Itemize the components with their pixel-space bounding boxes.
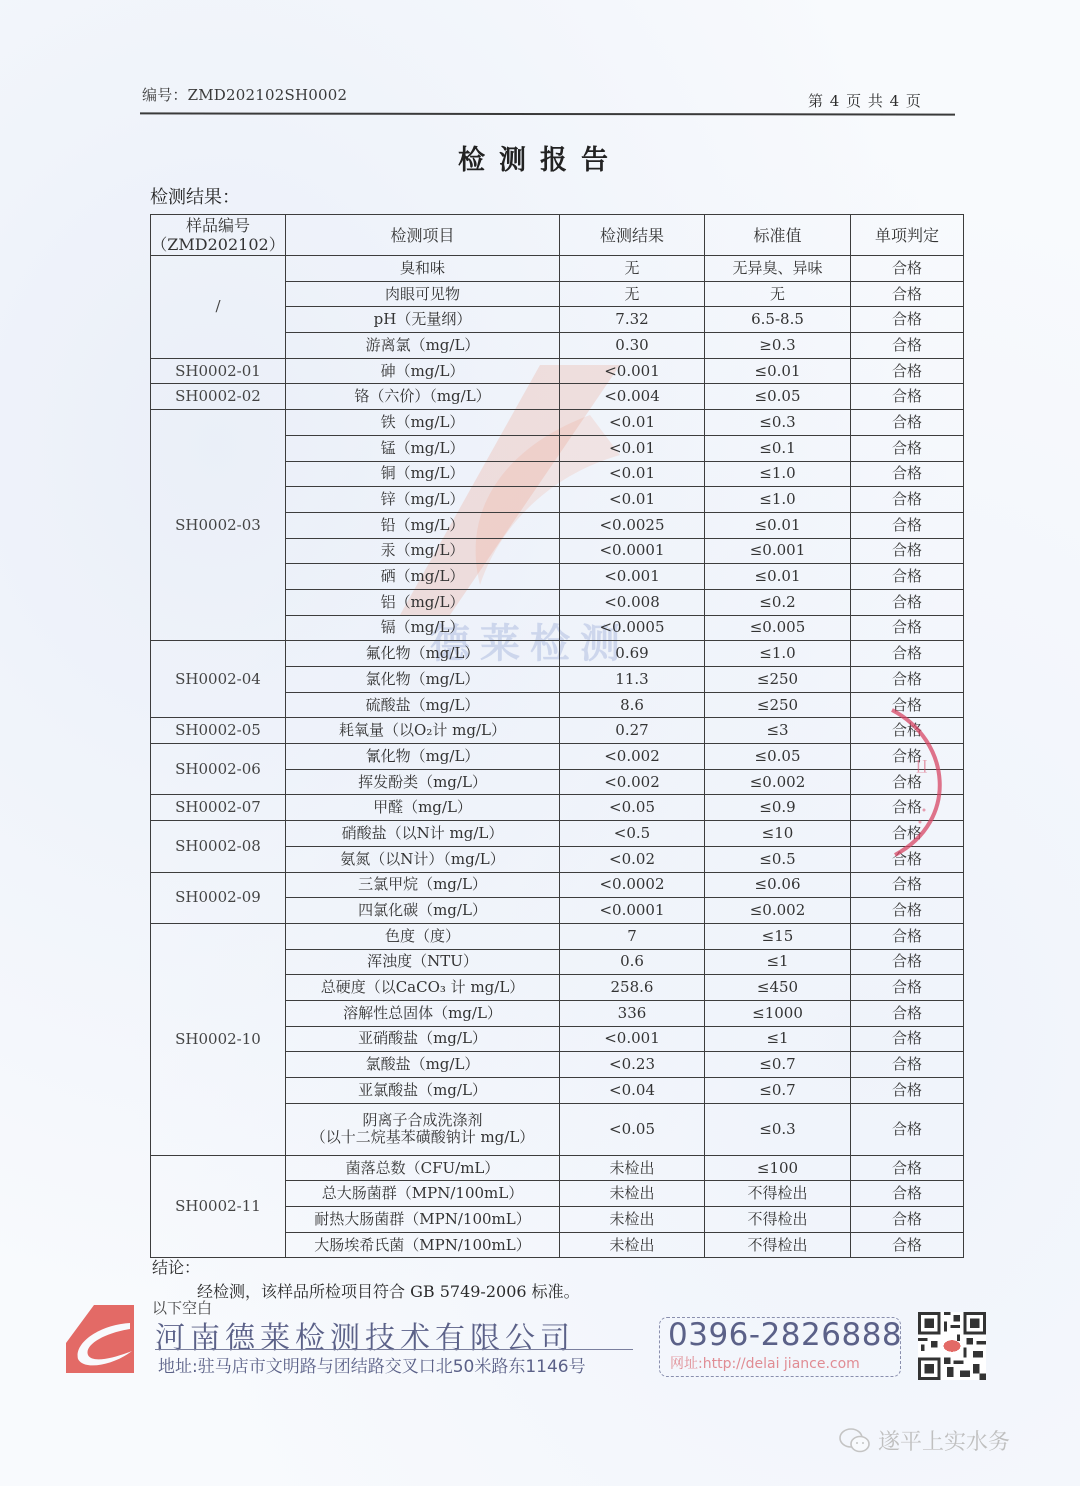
cell-standard: ≤1 xyxy=(705,949,851,975)
cell-sample-id: SH0002-01 xyxy=(151,358,286,384)
conclusion-text: 经检测，该样品所检项目符合 GB 5749-2006 标准。 xyxy=(197,1279,580,1302)
cell-item: 游离氯（mg/L） xyxy=(286,333,560,359)
cell-standard: ≤0.06 xyxy=(705,872,851,898)
cell-standard: ≥0.3 xyxy=(705,333,851,359)
qr-code-icon[interactable] xyxy=(918,1312,986,1380)
cell-result: <0.004 xyxy=(560,384,705,410)
table-row: SH0002-03铁（mg/L）<0.01≤0.3合格 xyxy=(151,410,964,436)
cell-item-line: 阴离子合成洗涤剂 xyxy=(286,1112,559,1129)
cell-result: <0.002 xyxy=(560,744,705,770)
cell-item: 色度（度） xyxy=(286,923,560,949)
cell-verdict: 合格 xyxy=(851,898,964,924)
cell-item: 四氯化碳（mg/L） xyxy=(286,898,560,924)
cell-result: 未检出 xyxy=(560,1207,705,1233)
cell-item: 耗氧量（以O₂计 mg/L） xyxy=(286,718,560,744)
cell-item: 硫酸盐（mg/L） xyxy=(286,692,560,718)
cell-item: 镉（mg/L） xyxy=(286,615,560,641)
table-row: SH0002-06氰化物（mg/L）<0.002≤0.05合格 xyxy=(151,744,964,770)
cell-result: 未检出 xyxy=(560,1181,705,1207)
cell-result: 0.69 xyxy=(560,641,705,667)
company-address: 地址:驻马店市文明路与团结路交叉口北50米路东1146号 xyxy=(158,1352,586,1377)
cell-result: <0.23 xyxy=(560,1052,705,1078)
column-header-verdict: 单项判定 xyxy=(851,215,964,256)
cell-item: 锌（mg/L） xyxy=(286,487,560,513)
cell-sample-id: / xyxy=(151,256,286,359)
cell-verdict: 合格 xyxy=(851,1207,964,1233)
cell-item: 臭和味 xyxy=(286,256,560,282)
cell-verdict: 合格 xyxy=(851,1181,964,1207)
cell-item: pH（无量纲） xyxy=(286,307,560,333)
results-label: 检测结果： xyxy=(150,183,240,209)
cell-item: 挥发酚类（mg/L） xyxy=(286,769,560,795)
cell-result: 未检出 xyxy=(560,1232,705,1258)
cell-item: 溶解性总固体（mg/L） xyxy=(286,1000,560,1026)
cell-verdict: 合格 xyxy=(851,512,964,538)
table-row: SH0002-08硝酸盐（以N计 mg/L）<0.5≤10合格 xyxy=(151,821,964,847)
cell-result: 0.27 xyxy=(560,718,705,744)
company-name: 河南德莱检测技术有限公司 xyxy=(155,1313,575,1357)
table-header-row: 样品编号 （ZMD202102） 检测项目 检测结果 标准值 单项判定 xyxy=(151,215,964,256)
cell-item: 肉眼可见物 xyxy=(286,281,560,307)
cell-result: <0.001 xyxy=(560,564,705,590)
cell-item: 总硬度（以CaCO₃ 计 mg/L） xyxy=(286,975,560,1001)
company-phone: 0396-2826888 xyxy=(668,1317,902,1353)
cell-standard: 不得检出 xyxy=(705,1207,851,1233)
cell-result: 无 xyxy=(560,281,705,307)
cell-item: 铅（mg/L） xyxy=(286,512,560,538)
cell-standard: ≤1000 xyxy=(705,1000,851,1026)
cell-standard: ≤0.2 xyxy=(705,589,851,615)
cell-item: 铬（六价）（mg/L） xyxy=(286,384,560,410)
report-title: 检测报告 xyxy=(0,138,1080,177)
cell-standard: ≤0.7 xyxy=(705,1078,851,1104)
cell-verdict: 合格 xyxy=(851,846,964,872)
cell-verdict: 合格 xyxy=(851,615,964,641)
table-row: SH0002-02铬（六价）（mg/L）<0.004≤0.05合格 xyxy=(151,384,964,410)
wechat-account: 遂平上实水务 xyxy=(838,1425,1010,1456)
cell-sample-id: SH0002-07 xyxy=(151,795,286,821)
cell-item: 三氯甲烷（mg/L） xyxy=(286,872,560,898)
cell-item: 耐热大肠菌群（MPN/100mL） xyxy=(286,1207,560,1233)
cell-standard: ≤250 xyxy=(705,692,851,718)
column-header-sample-line1: 样品编号 xyxy=(151,216,285,235)
cell-standard: ≤100 xyxy=(705,1155,851,1181)
cell-result: <0.01 xyxy=(560,435,705,461)
cell-result: <0.0002 xyxy=(560,872,705,898)
cell-result: 11.3 xyxy=(560,667,705,693)
cell-item: 砷（mg/L） xyxy=(286,358,560,384)
column-header-item: 检测项目 xyxy=(286,215,560,256)
cell-result: <0.008 xyxy=(560,589,705,615)
cell-standard: ≤0.002 xyxy=(705,769,851,795)
cell-verdict: 合格 xyxy=(851,744,964,770)
cell-standard: ≤0.05 xyxy=(705,744,851,770)
cell-verdict: 合格 xyxy=(851,589,964,615)
delai-logo-icon xyxy=(64,1303,136,1375)
conclusion-label: 结论： xyxy=(152,1255,200,1278)
cell-standard: ≤450 xyxy=(705,975,851,1001)
cell-item: 氯化物（mg/L） xyxy=(286,667,560,693)
cell-item: 氟化物（mg/L） xyxy=(286,641,560,667)
cell-result: <0.5 xyxy=(560,821,705,847)
table-row: SH0002-09三氯甲烷（mg/L）<0.0002≤0.06合格 xyxy=(151,872,964,898)
company-website[interactable]: 网址:http://delai jiance.com xyxy=(670,1353,860,1373)
cell-standard: ≤1.0 xyxy=(705,487,851,513)
table-row: /臭和味无无异臭、异味合格 xyxy=(151,256,964,282)
cell-verdict: 合格 xyxy=(851,975,964,1001)
cell-item: 大肠埃希氏菌（MPN/100mL） xyxy=(286,1232,560,1258)
cell-sample-id: SH0002-10 xyxy=(151,923,286,1155)
cell-result: <0.0025 xyxy=(560,512,705,538)
cell-verdict: 合格 xyxy=(851,307,964,333)
cell-result: <0.05 xyxy=(560,1103,705,1155)
cell-verdict: 合格 xyxy=(851,718,964,744)
cell-sample-id: SH0002-04 xyxy=(151,641,286,718)
cell-verdict: 合格 xyxy=(851,1000,964,1026)
cell-result: <0.04 xyxy=(560,1078,705,1104)
cell-verdict: 合格 xyxy=(851,1103,964,1155)
cell-standard: 无 xyxy=(705,281,851,307)
cell-result: <0.001 xyxy=(560,1026,705,1052)
cell-result: 7.32 xyxy=(560,307,705,333)
cell-item: 硝酸盐（以N计 mg/L） xyxy=(286,821,560,847)
cell-verdict: 合格 xyxy=(851,641,964,667)
cell-item: 亚氯酸盐（mg/L） xyxy=(286,1078,560,1104)
cell-verdict: 合格 xyxy=(851,1155,964,1181)
cell-item: 氨氮（以N计）（mg/L） xyxy=(286,846,560,872)
cell-sample-id: SH0002-05 xyxy=(151,718,286,744)
cell-verdict: 合格 xyxy=(851,281,964,307)
cell-standard: ≤0.7 xyxy=(705,1052,851,1078)
cell-item: 汞（mg/L） xyxy=(286,538,560,564)
cell-verdict: 合格 xyxy=(851,872,964,898)
cell-result: 258.6 xyxy=(560,975,705,1001)
cell-item: 氯酸盐（mg/L） xyxy=(286,1052,560,1078)
cell-standard: ≤0.002 xyxy=(705,898,851,924)
cell-result: 无 xyxy=(560,256,705,282)
cell-standard: ≤0.1 xyxy=(705,435,851,461)
cell-verdict: 合格 xyxy=(851,410,964,436)
cell-item: 铁（mg/L） xyxy=(286,410,560,436)
cell-result: 8.6 xyxy=(560,692,705,718)
cell-sample-id: SH0002-03 xyxy=(151,410,286,641)
cell-verdict: 合格 xyxy=(851,333,964,359)
cell-verdict: 合格 xyxy=(851,769,964,795)
cell-verdict: 合格 xyxy=(851,384,964,410)
cell-result: <0.001 xyxy=(560,358,705,384)
cell-item: 铜（mg/L） xyxy=(286,461,560,487)
cell-item: 甲醛（mg/L） xyxy=(286,795,560,821)
cell-standard: ≤1.0 xyxy=(705,641,851,667)
cell-standard: 无异臭、异味 xyxy=(705,256,851,282)
cell-result: <0.01 xyxy=(560,410,705,436)
cell-item: 阴离子合成洗涤剂（以十二烷基苯磺酸钠计 mg/L） xyxy=(286,1103,560,1155)
cell-standard: ≤250 xyxy=(705,667,851,693)
cell-verdict: 合格 xyxy=(851,821,964,847)
cell-result: <0.02 xyxy=(560,846,705,872)
cell-result: <0.05 xyxy=(560,795,705,821)
cell-result: 0.6 xyxy=(560,949,705,975)
cell-verdict: 合格 xyxy=(851,564,964,590)
cell-verdict: 合格 xyxy=(851,692,964,718)
cell-result: <0.01 xyxy=(560,487,705,513)
cell-item: 氰化物（mg/L） xyxy=(286,744,560,770)
cell-sample-id: SH0002-08 xyxy=(151,821,286,872)
cell-item: 菌落总数（CFU/mL） xyxy=(286,1155,560,1181)
cell-result: 336 xyxy=(560,1000,705,1026)
cell-verdict: 合格 xyxy=(851,461,964,487)
cell-verdict: 合格 xyxy=(851,1052,964,1078)
cell-verdict: 合格 xyxy=(851,1078,964,1104)
cell-verdict: 合格 xyxy=(851,795,964,821)
cell-result: 未检出 xyxy=(560,1155,705,1181)
cell-standard: ≤0.9 xyxy=(705,795,851,821)
cell-verdict: 合格 xyxy=(851,949,964,975)
company-divider xyxy=(155,1349,633,1350)
cell-verdict: 合格 xyxy=(851,1232,964,1258)
cell-item: 总大肠菌群（MPN/100mL） xyxy=(286,1181,560,1207)
cell-result: <0.0001 xyxy=(560,898,705,924)
cell-verdict: 合格 xyxy=(851,923,964,949)
cell-sample-id: SH0002-06 xyxy=(151,744,286,795)
cell-standard: ≤1.0 xyxy=(705,461,851,487)
cell-verdict: 合格 xyxy=(851,538,964,564)
cell-verdict: 合格 xyxy=(851,1026,964,1052)
cell-result: 0.30 xyxy=(560,333,705,359)
cell-item-line: （以十二烷基苯磺酸钠计 mg/L） xyxy=(286,1129,559,1146)
report-number: 编号：ZMD202102SH0002 xyxy=(142,84,347,105)
cell-standard: ≤0.01 xyxy=(705,564,851,590)
cell-result: <0.0005 xyxy=(560,615,705,641)
cell-item: 锰（mg/L） xyxy=(286,435,560,461)
table-row: SH0002-04氟化物（mg/L）0.69≤1.0合格 xyxy=(151,641,964,667)
column-header-result: 检测结果 xyxy=(560,215,705,256)
cell-standard: ≤0.3 xyxy=(705,1103,851,1155)
table-row: SH0002-10色度（度）7≤15合格 xyxy=(151,923,964,949)
cell-standard: ≤0.01 xyxy=(705,358,851,384)
cell-standard: ≤0.3 xyxy=(705,410,851,436)
cell-verdict: 合格 xyxy=(851,487,964,513)
wechat-icon xyxy=(838,1427,872,1455)
cell-verdict: 合格 xyxy=(851,256,964,282)
cell-standard: 6.5-8.5 xyxy=(705,307,851,333)
column-header-standard: 标准值 xyxy=(705,215,851,256)
cell-standard: 不得检出 xyxy=(705,1181,851,1207)
cell-result: 7 xyxy=(560,923,705,949)
table-row: SH0002-07甲醛（mg/L）<0.05≤0.9合格 xyxy=(151,795,964,821)
cell-verdict: 合格 xyxy=(851,667,964,693)
results-table: 样品编号 （ZMD202102） 检测项目 检测结果 标准值 单项判定 /臭和味… xyxy=(150,214,964,1258)
cell-verdict: 合格 xyxy=(851,435,964,461)
cell-standard: ≤15 xyxy=(705,923,851,949)
cell-sample-id: SH0002-09 xyxy=(151,872,286,923)
page-info: 第 4 页 共 4 页 xyxy=(808,90,922,111)
cell-sample-id: SH0002-02 xyxy=(151,384,286,410)
cell-item: 浑浊度（NTU） xyxy=(286,949,560,975)
cell-standard: ≤10 xyxy=(705,821,851,847)
cell-item: 硒（mg/L） xyxy=(286,564,560,590)
cell-result: <0.01 xyxy=(560,461,705,487)
cell-standard: ≤0.05 xyxy=(705,384,851,410)
cell-verdict: 合格 xyxy=(851,358,964,384)
cell-result: <0.0001 xyxy=(560,538,705,564)
cell-standard: ≤0.001 xyxy=(705,538,851,564)
wechat-account-name: 遂平上实水务 xyxy=(878,1425,1010,1456)
cell-item: 亚硝酸盐（mg/L） xyxy=(286,1026,560,1052)
cell-standard: ≤0.5 xyxy=(705,846,851,872)
column-header-sample-line2: （ZMD202102） xyxy=(151,235,285,254)
cell-standard: ≤3 xyxy=(705,718,851,744)
cell-standard: ≤0.005 xyxy=(705,615,851,641)
cell-standard: ≤1 xyxy=(705,1026,851,1052)
cell-standard: ≤0.01 xyxy=(705,512,851,538)
cell-item: 铝（mg/L） xyxy=(286,589,560,615)
table-row: SH0002-05耗氧量（以O₂计 mg/L）0.27≤3合格 xyxy=(151,718,964,744)
table-row: SH0002-01砷（mg/L）<0.001≤0.01合格 xyxy=(151,358,964,384)
column-header-sample: 样品编号 （ZMD202102） xyxy=(151,215,286,256)
table-row: SH0002-11菌落总数（CFU/mL）未检出≤100合格 xyxy=(151,1155,964,1181)
cell-result: <0.002 xyxy=(560,769,705,795)
cell-standard: 不得检出 xyxy=(705,1232,851,1258)
cell-sample-id: SH0002-11 xyxy=(151,1155,286,1258)
